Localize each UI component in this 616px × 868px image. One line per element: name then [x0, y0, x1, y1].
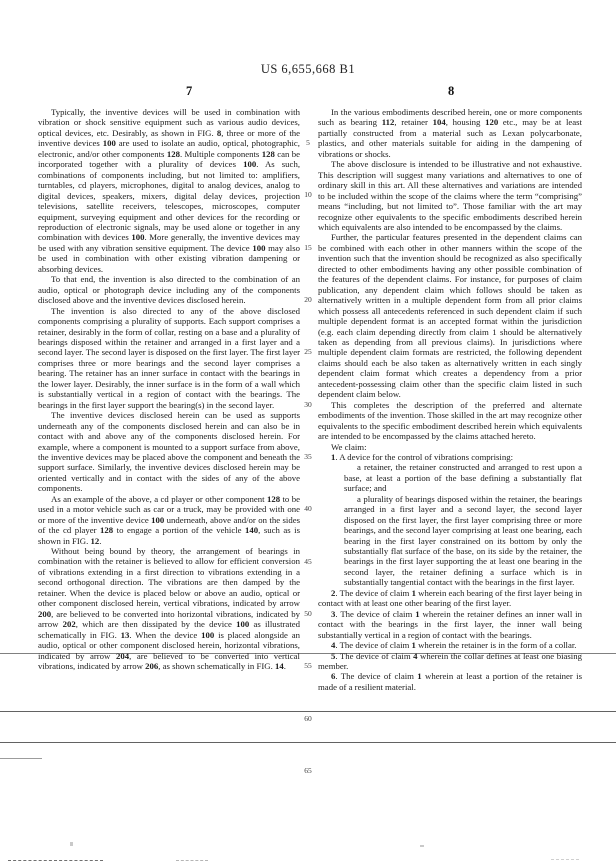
line-number: 5: [299, 138, 317, 147]
claim-2: 2. The device of claim 1 wherein each be…: [318, 588, 582, 609]
line-number: 15: [299, 243, 317, 252]
paragraph: The inventive devices disclosed herein c…: [38, 410, 300, 494]
scan-artifact-dashes: [8, 860, 103, 861]
line-number: 20: [299, 295, 317, 304]
line-number: 40: [299, 504, 317, 513]
line-number: 35: [299, 452, 317, 461]
line-number: 60: [299, 714, 317, 723]
right-column: In the various embodiments described her…: [318, 107, 582, 692]
scan-artifact-dashes: [176, 860, 208, 861]
claim-1-head: 1. A device for the control of vibration…: [318, 452, 582, 462]
left-column: Typically, the inventive devices will be…: [38, 107, 300, 671]
scan-artifact-speck: [70, 842, 73, 846]
claim-6: 6. The device of claim 1 wherein at leas…: [318, 671, 582, 692]
claim-4: 4. The device of claim 1 wherein the ret…: [318, 640, 582, 650]
line-number: 30: [299, 400, 317, 409]
claims-intro: We claim:: [318, 442, 582, 452]
line-number: 25: [299, 347, 317, 356]
line-number: 45: [299, 557, 317, 566]
page-number-right: 8: [448, 84, 454, 99]
paragraph: Typically, the inventive devices will be…: [38, 107, 300, 274]
claim-1-item: a plurality of bearings disposed within …: [318, 494, 582, 588]
patent-page: US 6,655,668 B1 7 8 5 10 15 20 25 30 35 …: [0, 0, 616, 868]
line-number: 55: [299, 661, 317, 670]
paragraph: This completes the description of the pr…: [318, 400, 582, 442]
scan-artifact-line: [0, 742, 616, 743]
paragraph: In the various embodiments described her…: [318, 107, 582, 159]
claim-1-item: a retainer, the retainer constructed and…: [318, 462, 582, 493]
scan-artifact-speck: [420, 845, 424, 847]
paragraph: Further, the particular features present…: [318, 232, 582, 399]
line-number: 10: [299, 190, 317, 199]
claim-3: 3. The device of claim 1 wherein the ret…: [318, 609, 582, 640]
scan-artifact-line: [0, 711, 616, 712]
line-number: 50: [299, 609, 317, 618]
line-number: 65: [299, 766, 317, 775]
paragraph: The invention is also directed to any of…: [38, 306, 300, 411]
paragraph: As an example of the above, a cd player …: [38, 494, 300, 546]
patent-number: US 6,655,668 B1: [0, 62, 616, 77]
scan-artifact-line: [0, 653, 616, 654]
page-number-left: 7: [186, 84, 192, 99]
scan-artifact-dashes: [551, 859, 579, 860]
scan-artifact-line: [0, 758, 42, 759]
paragraph: To that end, the invention is also direc…: [38, 274, 300, 305]
paragraph: The above disclosure is intended to be i…: [318, 159, 582, 232]
